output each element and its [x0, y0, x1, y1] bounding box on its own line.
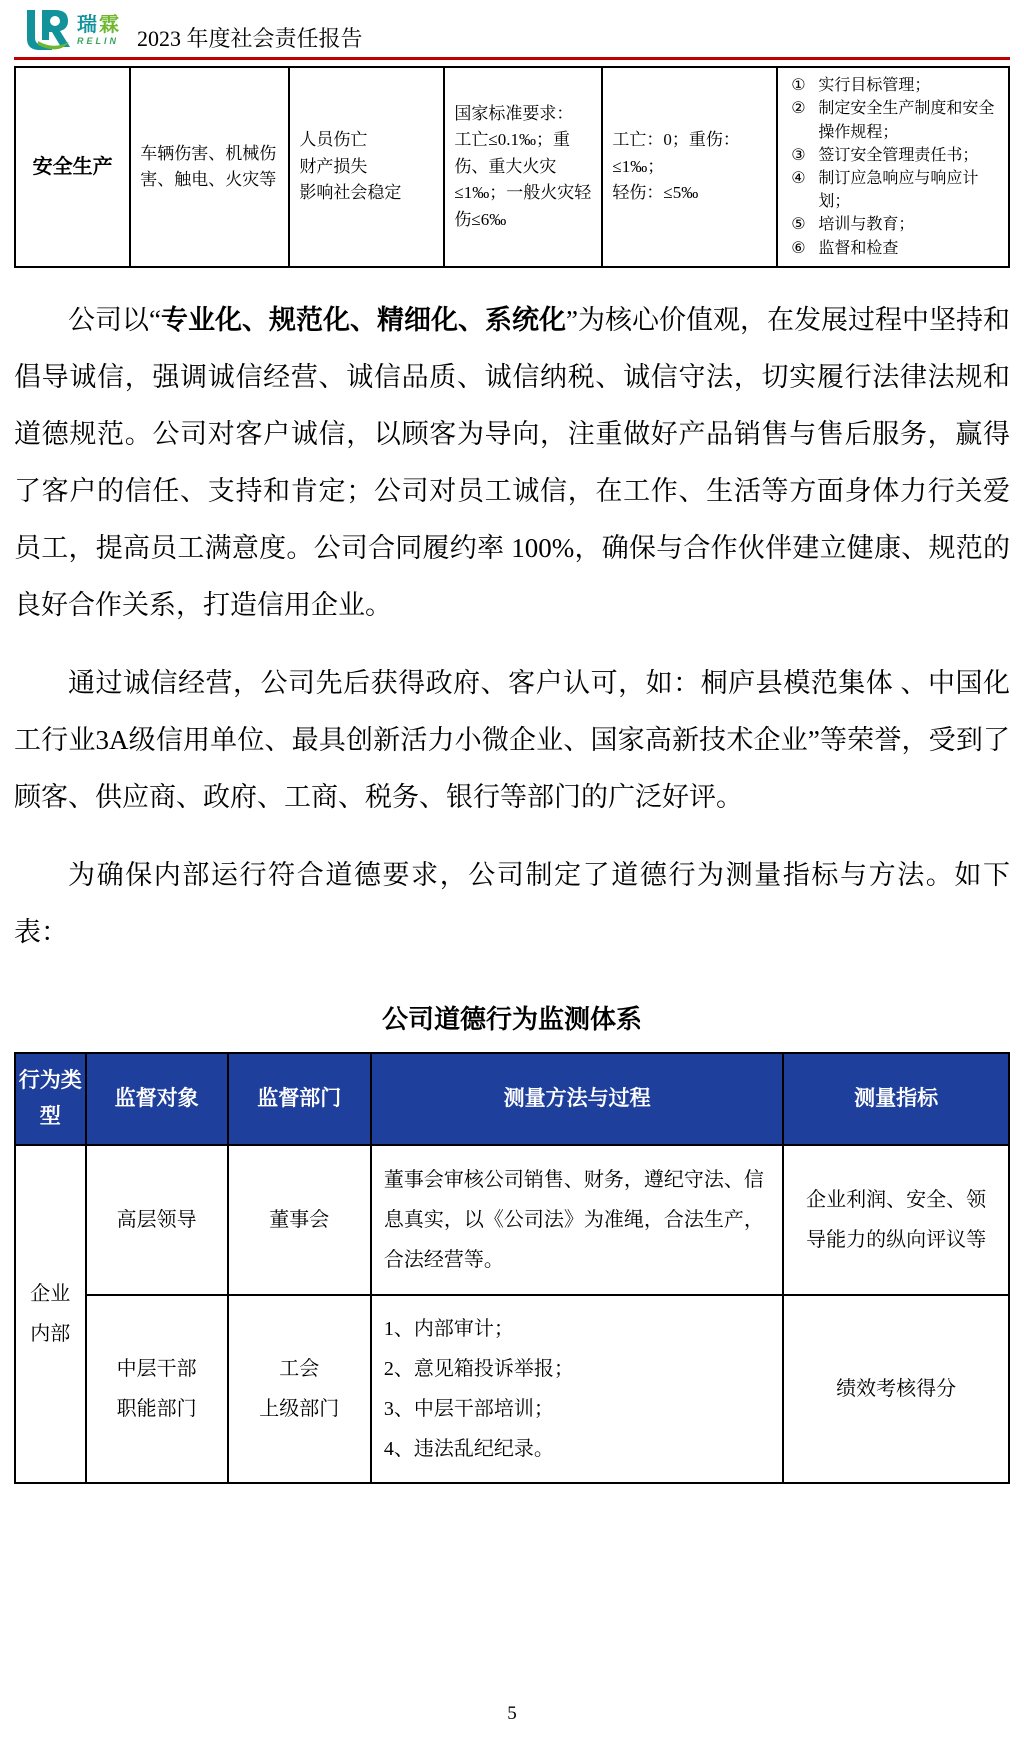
- logo-chinese-name: 瑞霖: [77, 15, 121, 35]
- header-supervising-dept: 监督部门: [228, 1053, 371, 1145]
- target-cell: 中层干部 职能部门: [86, 1295, 228, 1483]
- safety-measures-cell: ① 实行目标管理； ② 制定安全生产制度和安全操作规程； ③ 签订安全管理责任书…: [777, 67, 1009, 267]
- paragraph-integrity: 公司以“专业化、规范化、精细化、系统化”为核心价值观，在发展过程中坚持和倡导诚信…: [14, 292, 1010, 634]
- ethics-header-row: 行为类型 监督对象 监督部门 测量方法与过程 测量指标: [15, 1053, 1009, 1145]
- safety-measure-item: ② 制定安全生产制度和安全操作规程；: [787, 97, 999, 143]
- ethics-table-title: 公司道德行为监测体系: [14, 999, 1010, 1036]
- indicator-cell: 企业利润、安全、领导能力的纵向评议等: [783, 1145, 1009, 1295]
- safety-measures-list: ① 实行目标管理； ② 制定安全生产制度和安全操作规程； ③ 签订安全管理责任书…: [787, 74, 999, 260]
- circled-number-3: ③: [787, 144, 809, 167]
- safety-measure-item: ⑤ 培训与教育；: [787, 213, 999, 236]
- safety-measure-item: ⑥ 监督和检查: [787, 237, 999, 260]
- page-number: 5: [0, 1703, 1024, 1725]
- safety-hazards-cell: 车辆伤害、机械伤害、触电、火灾等: [130, 67, 289, 267]
- circled-number-5: ⑤: [787, 213, 809, 236]
- header-indicator: 测量指标: [783, 1053, 1009, 1145]
- safety-measure-item: ④ 制订应急响应与响应计划；: [787, 167, 999, 213]
- measure-text: 实行目标管理；: [818, 74, 999, 97]
- safety-production-table: 安全生产 车辆伤害、机械伤害、触电、火灾等 人员伤亡 财产损失 影响社会稳定 国…: [14, 66, 1010, 268]
- page-header: 瑞霖 RELIN 2023 年度社会责任报告: [14, 6, 1010, 60]
- indicator-cell: 绩效考核得分: [783, 1295, 1009, 1483]
- report-title: 2023 年度社会责任报告: [137, 27, 363, 52]
- body-text: 公司以“专业化、规范化、精细化、系统化”为核心价值观，在发展过程中坚持和倡导诚信…: [14, 292, 1010, 961]
- ethics-table-row: 中层干部 职能部门 工会 上级部门 1、内部审计； 2、意见箱投诉举报； 3、中…: [15, 1295, 1009, 1483]
- safety-measure-item: ① 实行目标管理；: [787, 74, 999, 97]
- measure-text: 培训与教育；: [818, 213, 999, 236]
- measure-text: 监督和检查: [818, 237, 999, 260]
- safety-performance-cell: 工亡：0；重伤： ≤1‰； 轻伤：≤5‰: [602, 67, 777, 267]
- logo-wordmark: 瑞霖 RELIN: [77, 15, 121, 46]
- behavior-type-cell: 企业内部: [15, 1145, 86, 1483]
- header-supervised-object: 监督对象: [86, 1053, 228, 1145]
- logo-latin-name: RELIN: [77, 37, 121, 46]
- safety-measure-item: ③ 签订安全管理责任书；: [787, 144, 999, 167]
- measure-text: 签订安全管理责任书；: [818, 144, 999, 167]
- dept-cell: 工会 上级部门: [228, 1295, 371, 1483]
- paragraph-ethics-intro: 为确保内部运行符合道德要求，公司制定了道德行为测量指标与方法。如下表：: [14, 847, 1010, 961]
- circled-number-4: ④: [787, 167, 809, 213]
- dept-cell: 董事会: [228, 1145, 371, 1295]
- relin-logo-icon: [22, 8, 74, 52]
- header-behavior-type: 行为类型: [15, 1053, 86, 1145]
- safety-impacts-cell: 人员伤亡 财产损失 影响社会稳定: [289, 67, 444, 267]
- circled-number-6: ⑥: [787, 237, 809, 260]
- measure-text: 制定安全生产制度和安全操作规程；: [818, 97, 999, 143]
- report-page: 瑞霖 RELIN 2023 年度社会责任报告 安全生产 车辆伤害、机械伤害、触电…: [0, 0, 1024, 1484]
- circled-number-1: ①: [787, 74, 809, 97]
- paragraph-honors: 通过诚信经营，公司先后获得政府、客户认可，如：桐庐县模范集体 、中国化工行业3A…: [14, 655, 1010, 826]
- core-values-phrase: 专业化、规范化、精细化、系统化: [161, 305, 566, 335]
- p1-post: ”为核心价值观，在发展过程中坚持和倡导诚信，强调诚信经营、诚信品质、诚信纳税、诚…: [14, 305, 1010, 620]
- method-cell: 董事会审核公司销售、财务，遵纪守法、信息真实，以《公司法》为准绳，合法生产，合法…: [371, 1145, 784, 1295]
- method-cell: 1、内部审计； 2、意见箱投诉举报； 3、中层干部培训； 4、违法乱纪纪录。: [371, 1295, 784, 1483]
- ethics-table-row: 企业内部 高层领导 董事会 董事会审核公司销售、财务，遵纪守法、信息真实，以《公…: [15, 1145, 1009, 1295]
- measure-text: 制订应急响应与响应计划；: [818, 167, 999, 213]
- safety-category-cell: 安全生产: [15, 67, 130, 267]
- safety-table-row: 安全生产 车辆伤害、机械伤害、触电、火灾等 人员伤亡 财产损失 影响社会稳定 国…: [15, 67, 1009, 267]
- company-logo: 瑞霖 RELIN: [22, 8, 121, 52]
- target-cell: 高层领导: [86, 1145, 228, 1295]
- ethics-monitoring-table: 行为类型 监督对象 监督部门 测量方法与过程 测量指标 企业内部 高层领导 董事…: [14, 1052, 1010, 1484]
- safety-national-standard-cell: 国家标准要求： 工亡≤0.1‰；重伤、重大火灾≤1‰；一般火灾轻伤≤6‰: [444, 67, 602, 267]
- circled-number-2: ②: [787, 97, 809, 143]
- header-method-process: 测量方法与过程: [371, 1053, 784, 1145]
- p1-pre: 公司以“: [68, 305, 161, 335]
